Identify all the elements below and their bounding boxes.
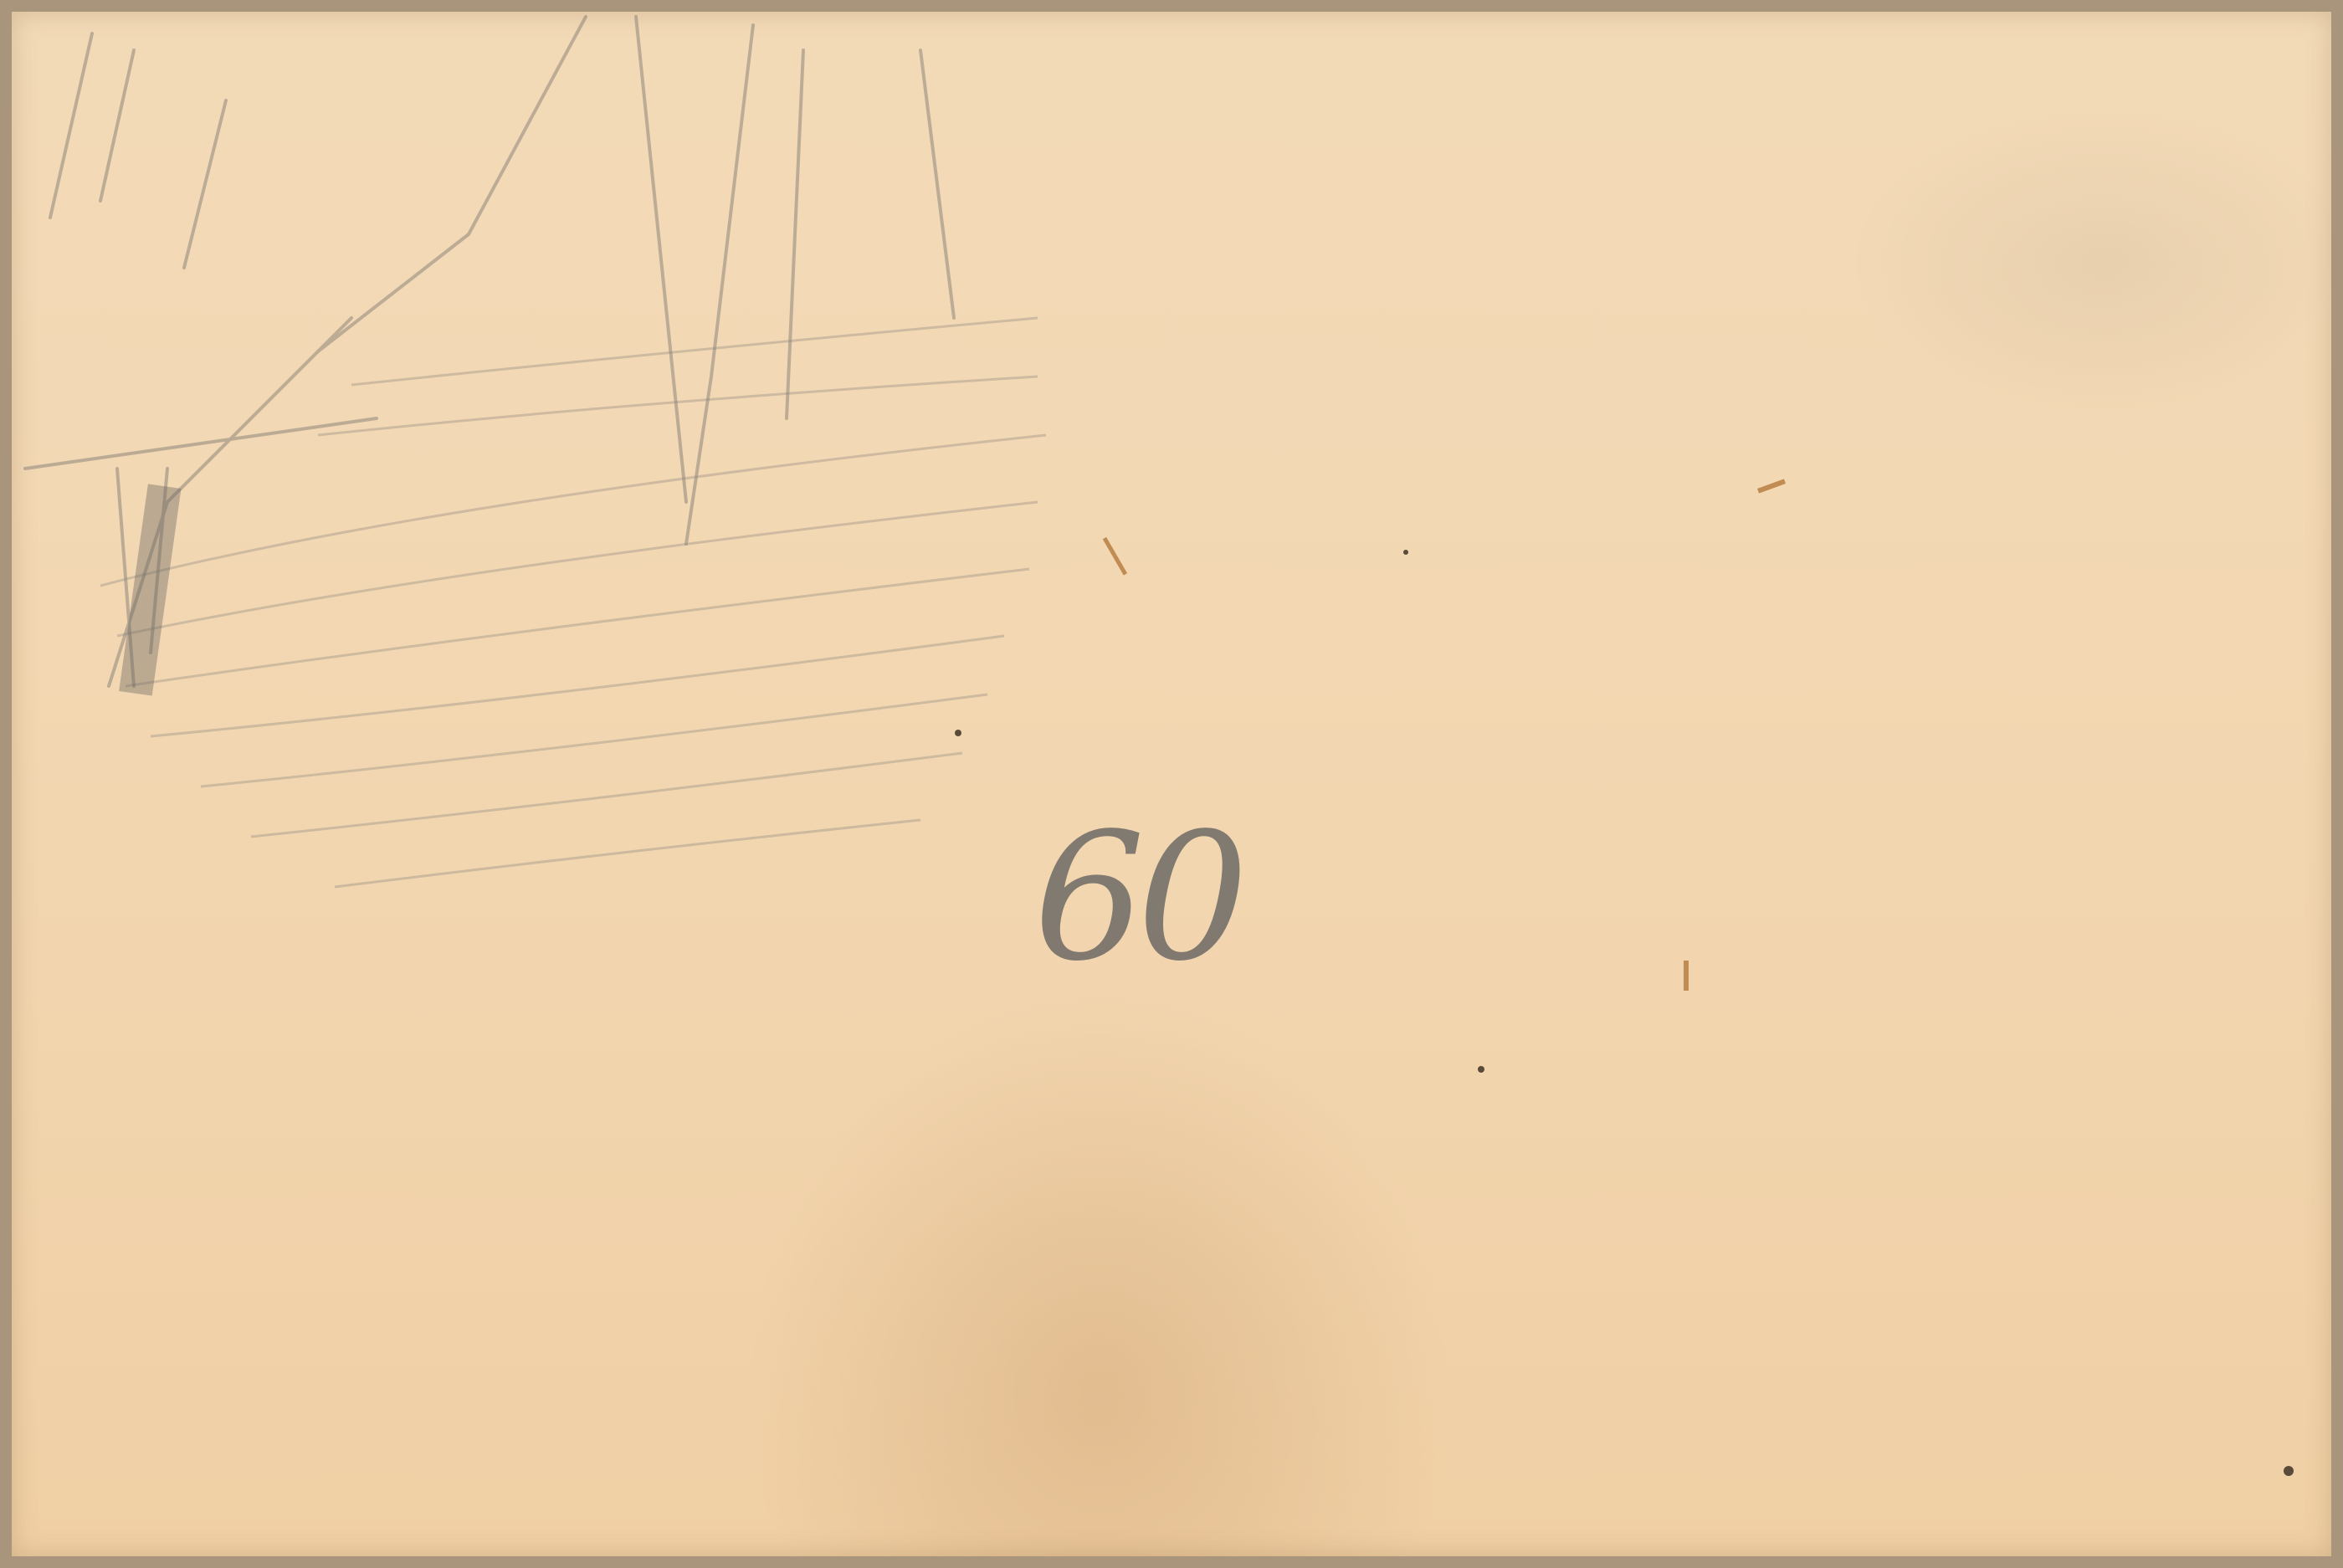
paper-flecks	[0, 0, 2343, 1568]
scan-frame: 60	[0, 0, 2343, 1568]
